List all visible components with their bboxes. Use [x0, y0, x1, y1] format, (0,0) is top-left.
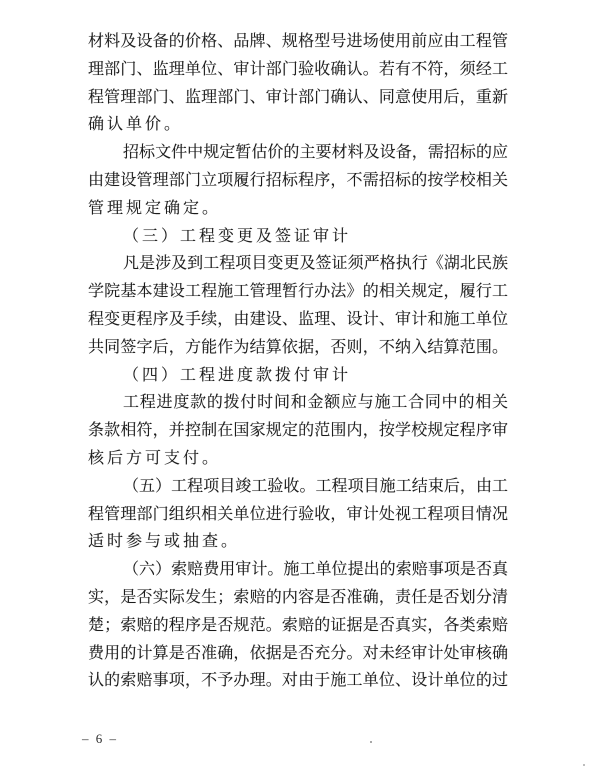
text-line: 由建设管理部门立项履行招标程序，不需招标的按学校相关: [88, 167, 508, 195]
text-line: 条款相符，并控制在国家规定的范围内，按学校规定程序审: [88, 417, 508, 445]
text-line: 程管理部门、监理部门、审计部门确认、同意使用后，重新: [88, 84, 508, 112]
text-line: 核后方可支付。: [88, 445, 508, 473]
text-line: 认的索赔事项，不予办理。对由于施工单位、设计单位的过: [88, 667, 508, 695]
section-heading: （六）索赔费用审计。施工单位提出的索赔事项是否真: [88, 556, 508, 584]
scan-speck: [370, 741, 372, 743]
text-line: 确认单价。: [88, 111, 508, 139]
page-number: – 6 –: [82, 731, 118, 747]
text-line: 理部门、监理单位、审计部门验收确认。若有不符，须经工: [88, 56, 508, 84]
document-page: 材料及设备的价格、品牌、规格型号进场使用前应由工程管 理部门、监理单位、审计部门…: [0, 0, 591, 784]
text-line: 费用的计算是否准确，依据是否充分。对未经审计处审核确: [88, 640, 508, 668]
text-line: 程变更程序及手续，由建设、监理、设计、审计和施工单位: [88, 306, 508, 334]
document-text: 材料及设备的价格、品牌、规格型号进场使用前应由工程管 理部门、监理单位、审计部门…: [88, 28, 508, 695]
section-heading: （三）工程变更及签证审计: [88, 223, 508, 251]
text-line: 共同签字后，方能作为结算依据，否则，不纳入结算范围。: [88, 334, 508, 362]
section-heading: （五）工程项目竣工验收。工程项目施工结束后，由工: [88, 473, 508, 501]
text-line: 材料及设备的价格、品牌、规格型号进场使用前应由工程管: [88, 28, 508, 56]
text-line: 楚；索赔的程序是否规范。索赔的证据是否真实，各类索赔: [88, 612, 508, 640]
section-heading: （四）工程进度款拨付审计: [88, 362, 508, 390]
text-line: 工程进度款的拨付时间和金额应与施工合同中的相关: [88, 389, 508, 417]
text-line: 程管理部门组织相关单位进行验收，审计处视工程项目情况: [88, 501, 508, 529]
text-line: 适时参与或抽查。: [88, 528, 508, 556]
scan-speck: [385, 419, 387, 421]
text-line: 凡是涉及到工程项目变更及签证须严格执行《湖北民族: [88, 250, 508, 278]
text-line: 招标文件中规定暂估价的主要材料及设备，需招标的应: [88, 139, 508, 167]
scan-speck: [583, 764, 585, 766]
text-line: 学院基本建设工程施工管理暂行办法》的相关规定，履行工: [88, 278, 508, 306]
text-line: 管理规定确定。: [88, 195, 508, 223]
text-line: 实，是否实际发生；索赔的内容是否准确，责任是否划分清: [88, 584, 508, 612]
